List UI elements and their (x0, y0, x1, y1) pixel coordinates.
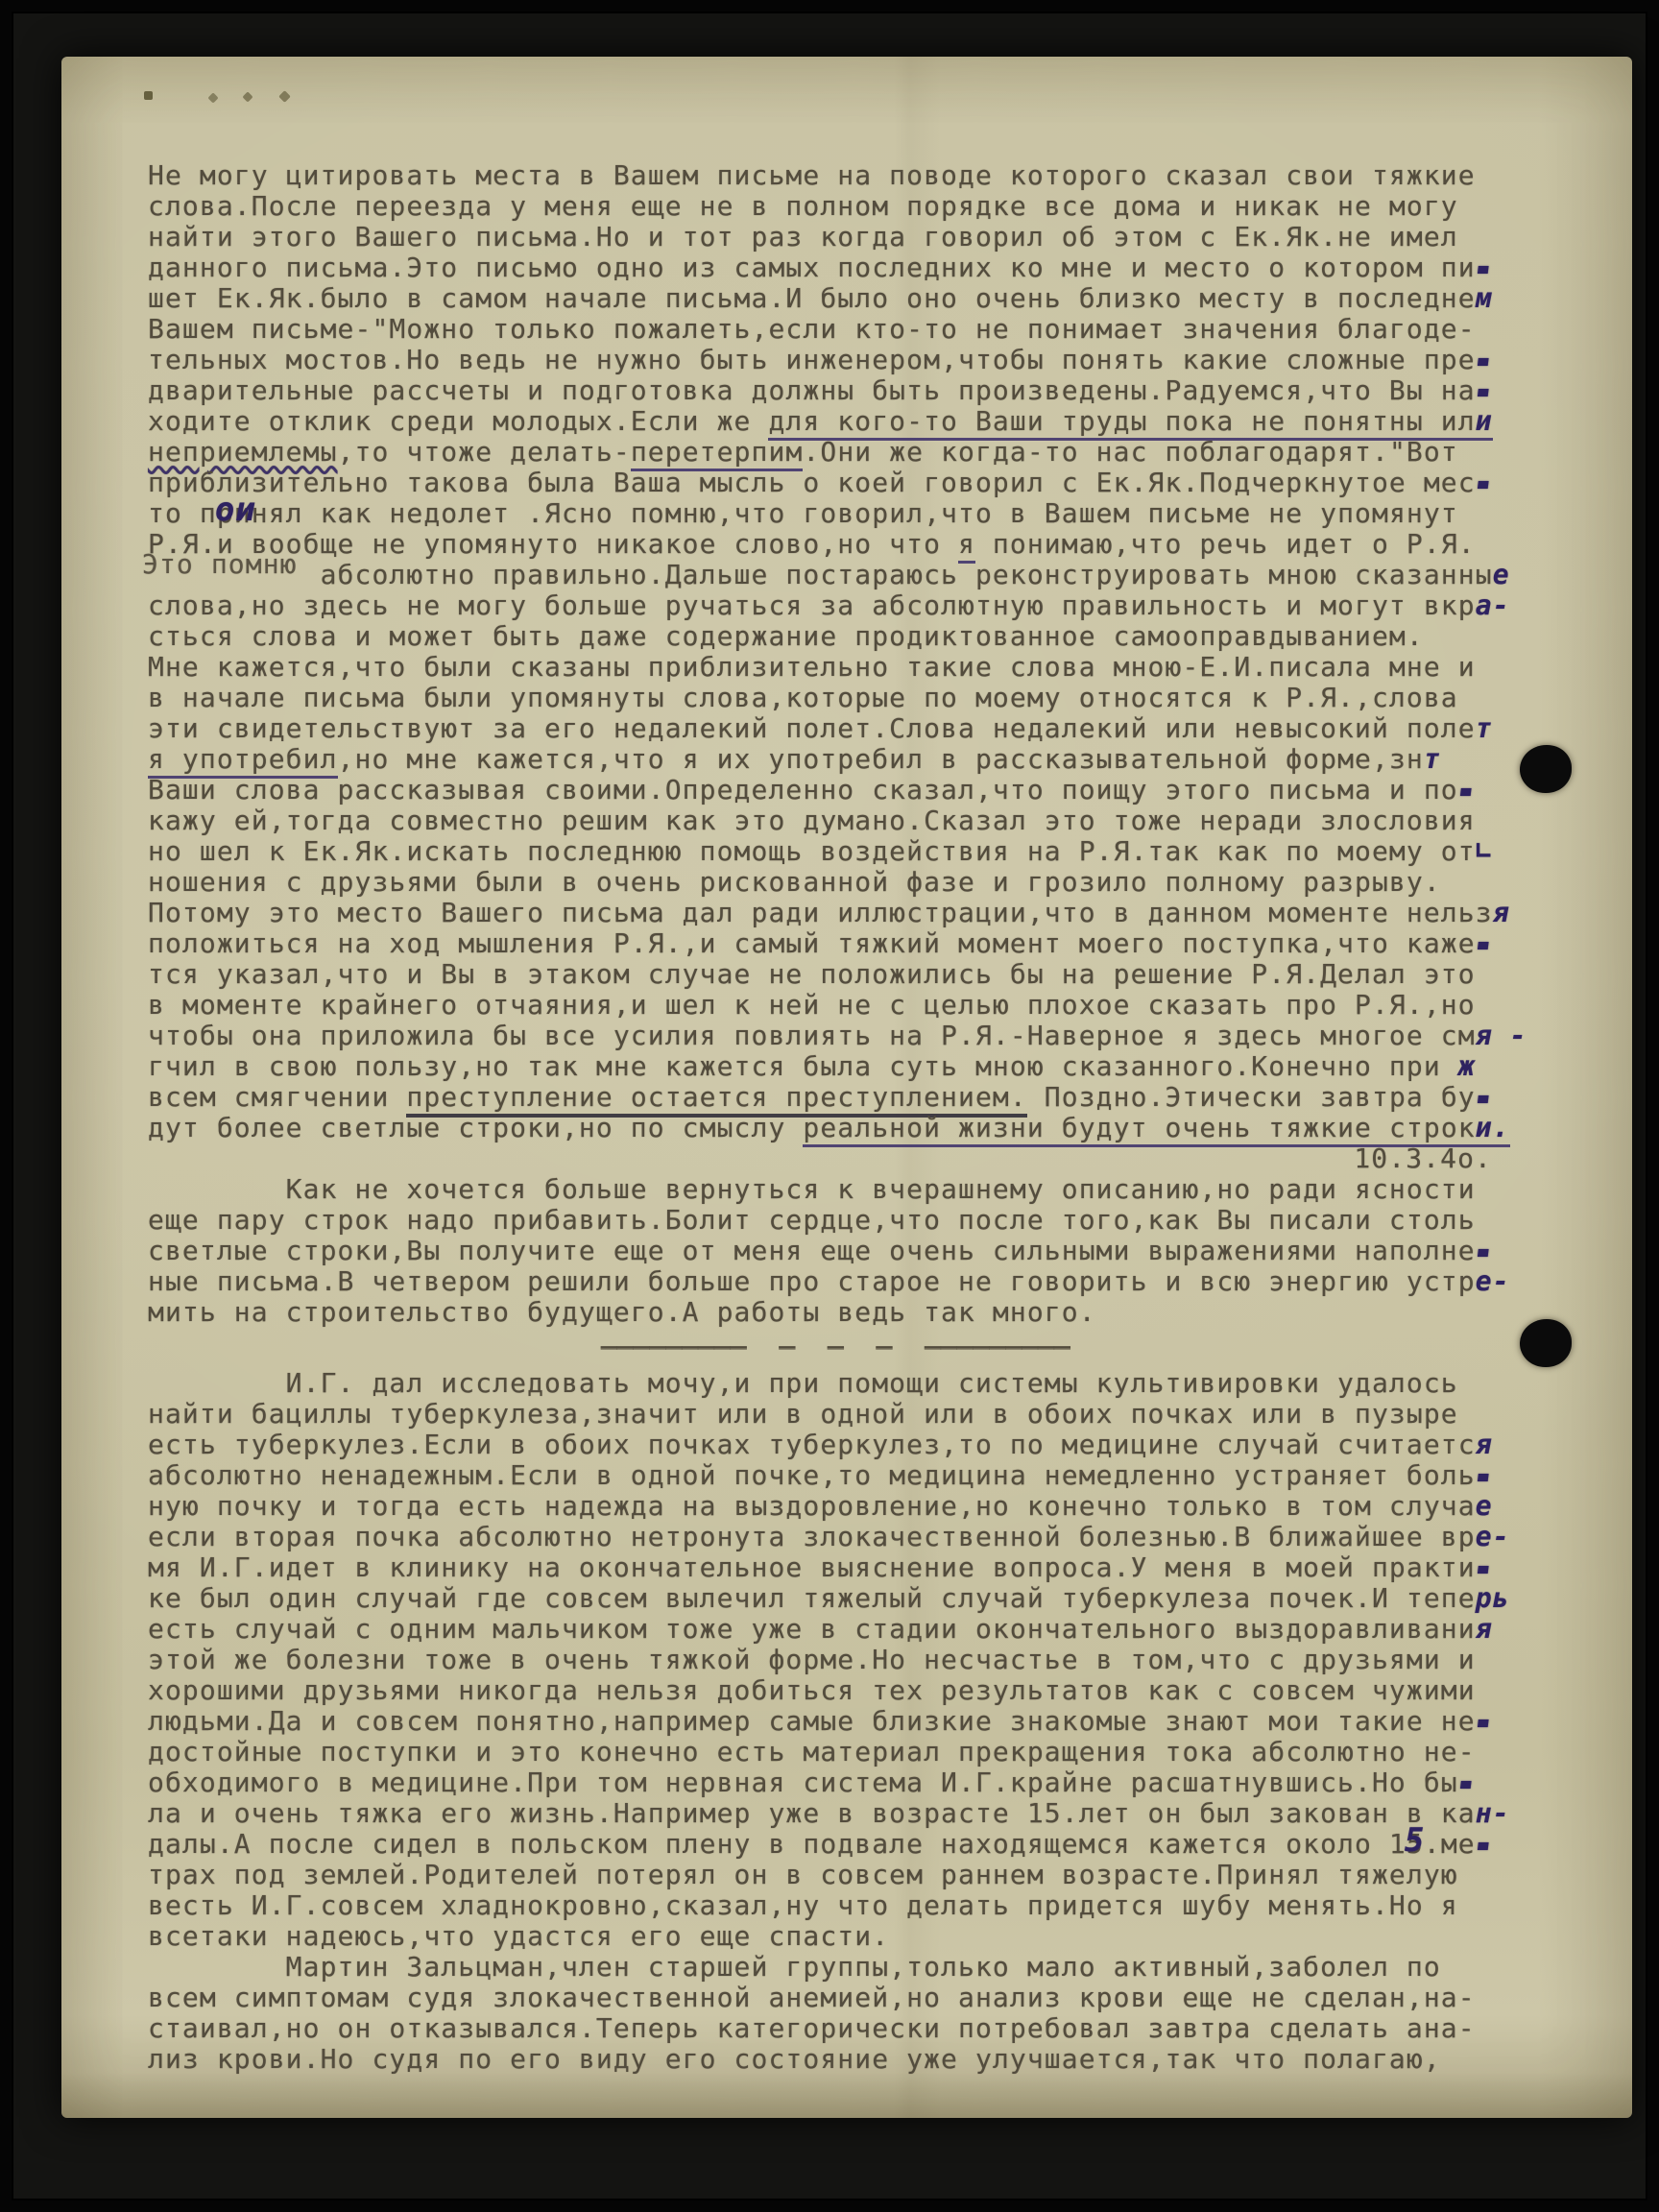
photo-background: Не могу цитировать места в Вашем письме … (12, 12, 1647, 2200)
paper-speck (144, 91, 153, 100)
typed-text: ную почку и тогда есть надежда на выздор… (148, 1490, 1476, 1522)
hole-punch (1520, 1319, 1572, 1367)
document-line: Ваши слова рассказывая своими.Определенн… (148, 775, 1530, 805)
ink-annotation: я - (1476, 1020, 1527, 1051)
typed-text: Потому это место Вашего письма дал ради … (148, 897, 1493, 928)
document-line: положиться на ход мышления Р.Я.,и самый … (148, 928, 1530, 959)
document-line: хорошими друзьями никогда нельзя добитьс… (148, 1675, 1530, 1706)
document-line: чтобы она приложила бы все усилия повлия… (148, 1021, 1530, 1051)
typed-text: этой же болезни тоже в очень тяжкой форм… (148, 1644, 1476, 1675)
document-line: неприемлемы,то чтоже делать-перетерпим.О… (148, 437, 1530, 468)
document-line: трах под землей.Родителей потерял он в с… (148, 1860, 1530, 1890)
typed-text: хорошими друзьями никогда нельзя добитьс… (148, 1674, 1476, 1706)
document-line: тся указал,что и Вы в этаком случае не п… (148, 959, 1530, 990)
document-line: приблизительно такова была Ваша мысль о … (148, 468, 1530, 498)
typed-text: .Они же когда-то нас поблагодарят."Вот (803, 436, 1457, 468)
typed-text: всем смягчении (148, 1081, 406, 1113)
document-line: Как не хочется больше вернуться к вчераш… (148, 1174, 1530, 1205)
typed-text: лиз крови.Но судя по его виду его состоя… (148, 2043, 1441, 2075)
document-line: есть случай с одним мальчиком тоже уже в… (148, 1614, 1530, 1645)
document-line: в начале письма были упомянуты слова,кот… (148, 683, 1530, 713)
typed-text: Ваши слова рассказывая своими.Определенн… (148, 774, 1458, 805)
paper-speck (207, 92, 218, 103)
document-line: мить на строительство будущего.А работы … (148, 1297, 1530, 1328)
document-line: людьми.Да и совсем понятно,например самы… (148, 1706, 1530, 1737)
ink-annotation: ∟ (1476, 835, 1493, 867)
document-line: найти этого Вашего письма.Но и тот раз к… (148, 222, 1530, 252)
typed-text: в моменте крайнего отчаяния,и шел к ней … (148, 989, 1476, 1021)
typed-text: весть И.Г.совсем хладнокровно,сказал,ну … (148, 1889, 1458, 1921)
typed-text: мить на строительство будущего.А работы … (148, 1296, 1096, 1328)
document-line: этой же болезни тоже в очень тяжкой форм… (148, 1645, 1530, 1675)
typed-text: Как не хочется больше вернуться к вчераш… (148, 1173, 1476, 1205)
document-line: Потому это место Вашего письма дал ради … (148, 898, 1530, 928)
typed-text: далы.А после сидел в польском плену в по… (148, 1828, 1407, 1860)
document-line: дут более светлые строки,но по смыслу ре… (148, 1113, 1530, 1143)
document-line: эти свидетельствуют за его недалекий пол… (148, 713, 1530, 744)
typed-text: данного письма.Это письмо одно из самых … (148, 252, 1476, 283)
typed-text: светлые строки,Вы получите еще от меня е… (148, 1235, 1476, 1266)
typed-text: в начале письма были упомянуты слова,кот… (148, 682, 1458, 713)
typed-text: всем симптомам судя злокачественной анем… (148, 1982, 1476, 2013)
ink-annotation: т (1424, 743, 1441, 775)
typed-text: .ме (1424, 1828, 1476, 1860)
typed-text: гчил в свою пользу,но так мне кажется бы… (148, 1050, 1458, 1082)
typed-text: ,но мне кажется,что я их употребил в рас… (338, 743, 1424, 775)
document-line: всем смягчении преступление остается пре… (148, 1082, 1530, 1113)
paper-speck (242, 91, 252, 102)
typed-text: кажу ей,тогда совместно решим как это ду… (148, 805, 1476, 836)
typed-text: Вашем письме-"Можно только пожалеть,если… (148, 313, 1476, 345)
document-line: абсолютно правильно.Дальше постараюсь ре… (148, 560, 1530, 590)
typed-text: нял как недолет .Ясно помню,что говорил,… (252, 497, 1458, 529)
document-line: весть И.Г.совсем хладнокровно,сказал,ну … (148, 1890, 1530, 1921)
document-line: то приоинял как недолет .Ясно помню,что … (148, 498, 1530, 529)
document-line: данного письма.Это письмо одно из самых … (148, 252, 1530, 283)
document-line: всем симптомам судя злокачественной анем… (148, 1983, 1530, 2013)
separator-line: ───────── ─ ─ ─ ───────── (148, 1333, 1530, 1363)
document-line: всетаки надеюсь,что удастся его еще спас… (148, 1921, 1530, 1952)
document-text: Не могу цитировать места в Вашем письме … (148, 160, 1530, 2075)
document-line: Не могу цитировать места в Вашем письме … (148, 160, 1530, 191)
typed-text: положиться на ход мышления Р.Я.,и самый … (148, 927, 1476, 959)
document-line: мя И.Г.идет в клинику на окончательное в… (148, 1552, 1530, 1583)
document-line: обходимого в медицине.При том нервная си… (148, 1767, 1530, 1798)
document-line: ке был один случай где совсем вылечил тя… (148, 1583, 1530, 1614)
document-line: далы.А после сидел в польском плену в по… (148, 1829, 1530, 1860)
typed-text: найти этого Вашего письма.Но и тот раз к… (148, 221, 1458, 252)
typed-text: есть случай с одним мальчиком тоже уже в… (148, 1613, 1476, 1645)
typed-text: но шел к Ек.Як.искать последнюю помощь в… (148, 835, 1476, 867)
document-line: еще пару строк надо прибавить.Болит серд… (148, 1205, 1530, 1236)
document-line: ные письма.В четвером решили больше про … (148, 1266, 1530, 1297)
typed-text: дварительные рассчеты и подготовка должн… (148, 374, 1476, 406)
document-line: найти бациллы туберкулеза,значит или в о… (148, 1399, 1530, 1430)
typed-text: трах под землей.Родителей потерял он в с… (148, 1859, 1458, 1890)
hole-punch (1520, 745, 1572, 793)
typed-text: стаивал,но он отказывался.Теперь категор… (148, 2012, 1476, 2044)
document-line: ла и очень тяжка его жизнь.Например уже … (148, 1798, 1530, 1829)
ink-annotation: рь (1476, 1582, 1510, 1614)
document-line: сться слова и может быть даже содержание… (148, 621, 1530, 652)
typed-text: есть туберкулез.Если в обоих почках тубе… (148, 1429, 1476, 1460)
document-line: Мне кажется,что были сказаны приблизител… (148, 652, 1530, 683)
document-line: я употребил,но мне кажется,что я их упот… (148, 744, 1530, 775)
typed-text: ные письма.В четвером решили больше про … (148, 1265, 1476, 1297)
ink-annotation: е (1476, 1490, 1493, 1522)
ink-correction: ои (215, 494, 256, 525)
overwritten-text: риои (217, 498, 252, 529)
document-line: дварительные рассчеты и подготовка должн… (148, 375, 1530, 406)
paper-speck (278, 90, 291, 103)
typed-text: абсолютно правильно.Дальше постараюсь ре… (148, 559, 1493, 590)
document-line: абсолютно ненадежным.Если в одной почке,… (148, 1460, 1530, 1491)
typed-text: достойные поступки и это конечно есть ма… (148, 1736, 1476, 1767)
document-line: лиз крови.Но судя по его виду его состоя… (148, 2044, 1530, 2075)
document-line: слова.После переезда у меня еще не в пол… (148, 191, 1530, 222)
typed-text: абсолютно ненадежным.Если в одной почке,… (148, 1459, 1476, 1491)
typed-text: Мартин Зальцман,член старшей группы,толь… (148, 1951, 1441, 1983)
ink-annotation: е- (1476, 1265, 1510, 1297)
document-line: в моменте крайнего отчаяния,и шел к ней … (148, 990, 1530, 1021)
underlined-text: неприемлемы (148, 436, 338, 468)
typed-text: тся указал,что и Вы в этаком случае не п… (148, 958, 1476, 990)
document-line: достойные поступки и это конечно есть ма… (148, 1737, 1530, 1767)
document-line: кажу ей,тогда совместно решим как это ду… (148, 805, 1530, 836)
ink-annotation: и (1476, 405, 1493, 441)
typed-text: Поздно.Этически завтра бу (1027, 1081, 1476, 1113)
document-line: Вашем письме-"Можно только пожалеть,если… (148, 314, 1530, 345)
typed-text: дут более светлые строки,но по смыслу (148, 1112, 803, 1143)
typed-text: ке был один случай где совсем вылечил тя… (148, 1582, 1476, 1614)
typed-text: то п (148, 497, 217, 529)
overwritten-text: 55 (1407, 1829, 1424, 1860)
document-line: стаивал,но он отказывался.Теперь категор… (148, 2013, 1530, 2044)
document-line: ношения с друзьями были в очень рискован… (148, 867, 1530, 898)
document-line: Р.Я.и вообще не упомянуто никакое слово,… (148, 529, 1530, 560)
typed-text: приблизительно такова была Ваша мысль о … (148, 467, 1476, 498)
typed-text: Мне кажется,что были сказаны приблизител… (148, 651, 1476, 683)
typed-text: ходите отклик среди молодых.Если же (148, 405, 768, 437)
typed-text: слова,но здесь не могу больше ручаться з… (148, 589, 1476, 621)
document-line: Мартин Зальцман,член старшей группы,толь… (148, 1952, 1530, 1983)
ink-annotation: т (1476, 712, 1493, 744)
typed-text: понимаю,что речь идет о Р.Я. (975, 528, 1476, 560)
ink-annotation: м (1476, 282, 1493, 314)
typed-text: И.Г. дал исследовать мочу,и при помощи с… (148, 1367, 1458, 1399)
letter-page: Не могу цитировать места в Вашем письме … (61, 57, 1632, 2118)
typed-text: ношения с друзьями были в очень рискован… (148, 866, 1441, 898)
document-line: светлые строки,Вы получите еще от меня е… (148, 1236, 1530, 1266)
scanned-letter-photo: { "document": { "type": "scanned typewri… (0, 0, 1659, 2212)
document-line: ходите отклик среди молодых.Если же для … (148, 406, 1530, 437)
typed-text: слова.После переезда у меня еще не в пол… (148, 190, 1458, 222)
document-line: ную почку и тогда есть надежда на выздор… (148, 1491, 1530, 1522)
date-annotation: 10.3.4о. (148, 1143, 1530, 1174)
typed-text: чтобы она приложила бы все усилия повлия… (148, 1020, 1476, 1051)
typed-text: обходимого в медицине.При том нервная си… (148, 1767, 1458, 1798)
document-line: гчил в свою пользу,но так мне кажется бы… (148, 1051, 1530, 1082)
ink-annotation: а- (1476, 589, 1510, 621)
document-line: но шел к Ек.Як.искать последнюю помощь в… (148, 836, 1530, 867)
document-line: тельных мостов.Но ведь не нужно быть инж… (148, 345, 1530, 375)
ink-annotation: е (1493, 559, 1510, 590)
typed-text: Не могу цитировать места в Вашем письме … (148, 159, 1476, 191)
typed-text: еще пару строк надо прибавить.Болит серд… (148, 1204, 1476, 1236)
typed-text: тельных мостов.Но ведь не нужно быть инж… (148, 344, 1476, 375)
typed-text: ла и очень тяжка его жизнь.Например уже … (148, 1797, 1476, 1829)
typed-text: если вторая почка абсолютно нетронута зл… (148, 1521, 1476, 1552)
typed-text: сться слова и может быть даже содержание… (148, 620, 1424, 652)
ink-annotation: я (1476, 1613, 1493, 1645)
ink-correction: 5 (1405, 1825, 1426, 1856)
typed-text: ,то чтоже делать- (338, 436, 631, 468)
ink-annotation: я (1493, 897, 1510, 928)
typed-text: шет Ек.Як.было в самом начале письма.И б… (148, 282, 1476, 314)
document-line: шет Ек.Як.было в самом начале письма.И б… (148, 283, 1530, 314)
typed-text: мя И.Г.идет в клинику на окончательное в… (148, 1551, 1476, 1583)
document-line: если вторая почка абсолютно нетронута зл… (148, 1522, 1530, 1552)
typed-text: найти бациллы туберкулеза,значит или в о… (148, 1398, 1458, 1430)
typed-text: людьми.Да и совсем понятно,например самы… (148, 1705, 1476, 1737)
document-line: есть туберкулез.Если в обоих почках тубе… (148, 1430, 1530, 1460)
document-line: И.Г. дал исследовать мочу,и при помощи с… (148, 1368, 1530, 1399)
document-line: слова,но здесь не могу больше ручаться з… (148, 590, 1530, 621)
typed-text: всетаки надеюсь,что удастся его еще спас… (148, 1920, 889, 1952)
typed-text: эти свидетельствуют за его недалекий пол… (148, 712, 1476, 744)
